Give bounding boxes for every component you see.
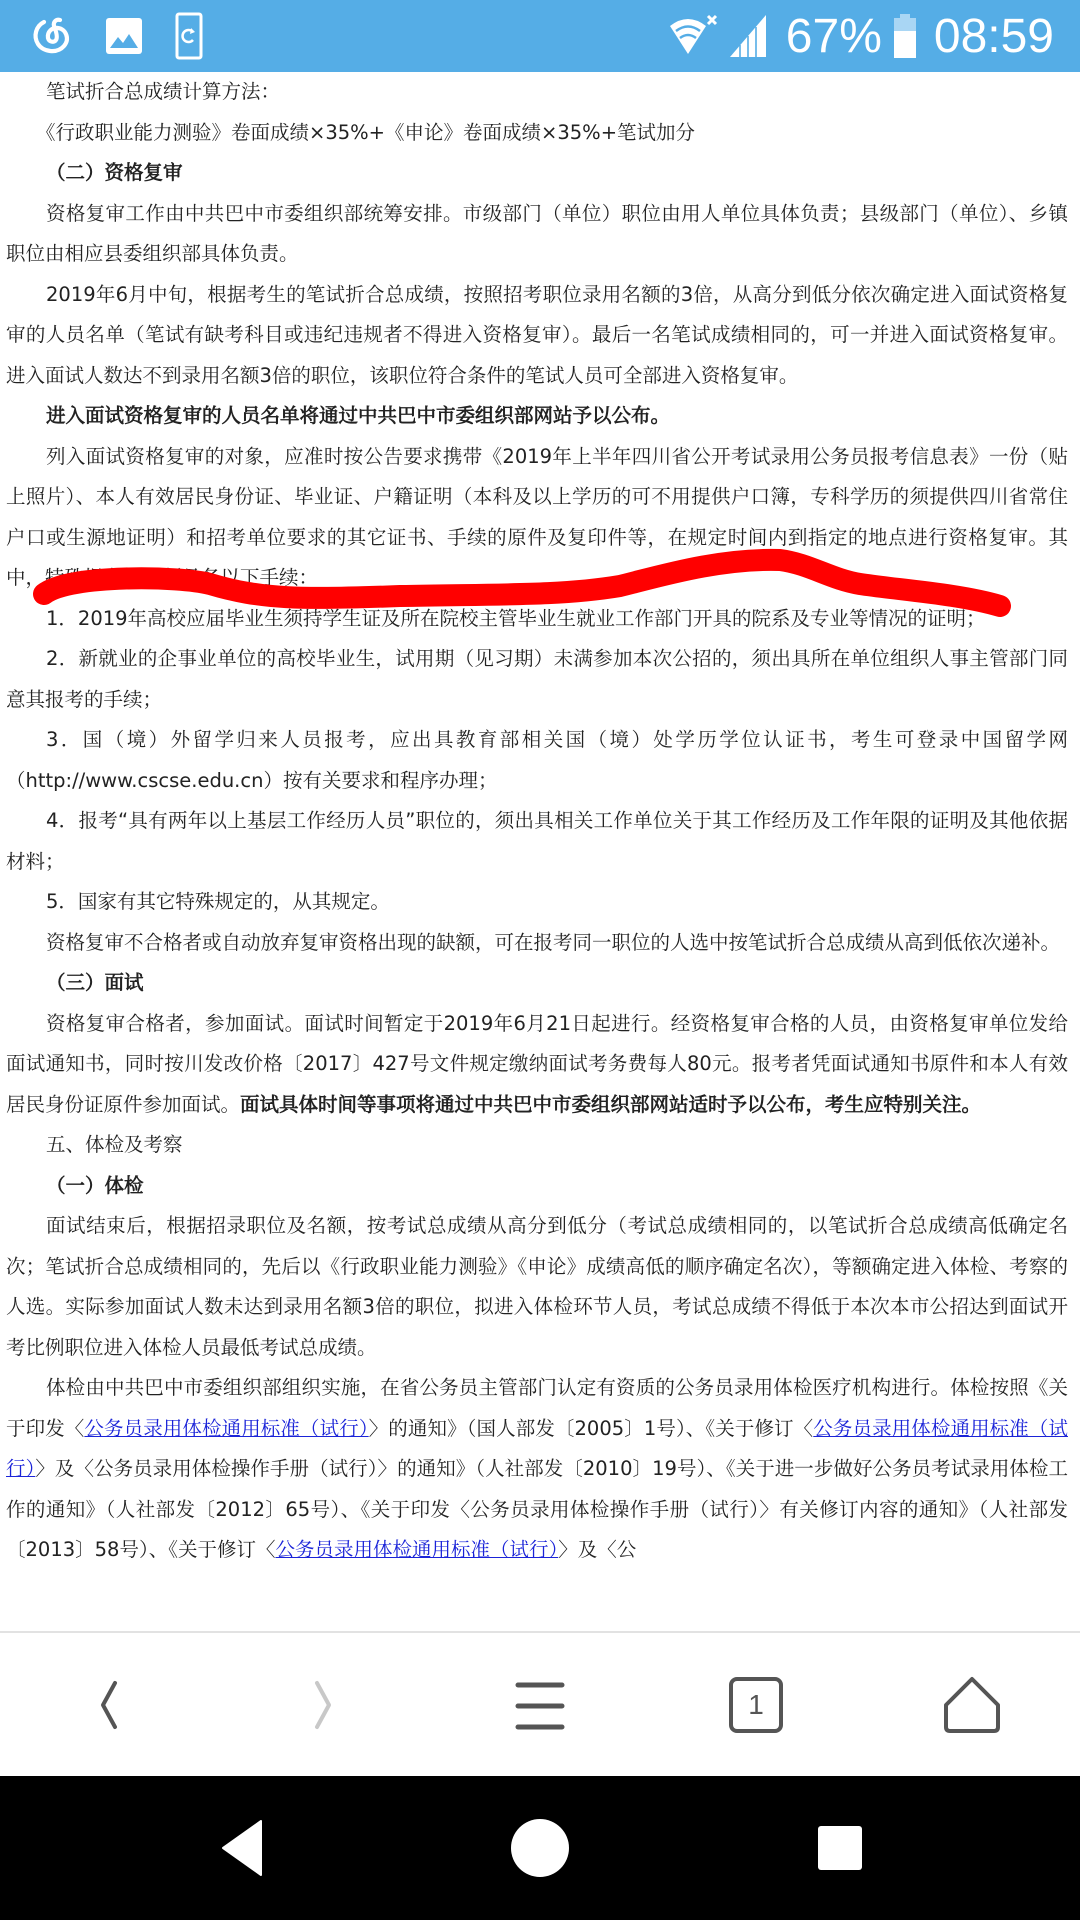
screen-rotate-icon — [174, 12, 204, 60]
paragraph: 2019年6月中旬，根据考生的笔试折合总成绩，按照招考职位录用名额的3倍，从高分… — [6, 275, 1068, 397]
forward-chevron-icon — [309, 1680, 339, 1730]
standard-link[interactable]: 公务员录用体检通用标准（试行） — [275, 1538, 558, 1561]
system-status: 67% 08:59 — [658, 9, 1054, 64]
paragraph-with-links: 体检由中共巴中市委组织部组织实施，在省公务员主管部门认定有资质的公务员录用体检医… — [6, 1368, 1068, 1571]
nav-home-icon — [508, 1816, 572, 1880]
wifi-disconnected-icon — [668, 12, 718, 60]
article-body: 笔试折合总成绩计算方法： 《行政职业能力测验》卷面成绩×35%+《申论》卷面成绩… — [0, 72, 1080, 1571]
battery-percent: 67% — [786, 9, 882, 64]
web-content[interactable]: 笔试折合总成绩计算方法： 《行政职业能力测验》卷面成绩×35%+《申论》卷面成绩… — [0, 72, 1080, 1632]
list-item: 5．国家有其它特殊规定的，从其规定。 — [6, 882, 1068, 923]
list-item: 4．报考“具有两年以上基层工作经历人员”职位的，须出具相关工作单位关于其工作经历… — [6, 801, 1068, 882]
gallery-icon — [104, 16, 144, 56]
back-button[interactable] — [48, 1633, 168, 1776]
system-back-button[interactable] — [172, 1776, 312, 1920]
system-navigation-bar — [0, 1776, 1080, 1920]
nav-recents-icon — [816, 1824, 864, 1872]
browser-toolbar: 1 — [0, 1633, 1080, 1776]
nav-back-icon — [217, 1818, 267, 1878]
system-home-button[interactable] — [470, 1776, 610, 1920]
list-item: 3．国（境）外留学归来人员报考，应出具教育部相关国（境）处学历学位认证书，考生可… — [6, 720, 1068, 801]
menu-button[interactable] — [480, 1633, 600, 1776]
home-button[interactable] — [912, 1633, 1032, 1776]
formula-paragraph: 《行政职业能力测验》卷面成绩×35%+《申论》卷面成绩×35%+笔试加分 — [6, 113, 1068, 154]
section-heading-interview: （三）面试 — [6, 963, 1068, 1004]
section-heading-physical: （一）体检 — [6, 1166, 1068, 1207]
list-item: 1．2019年高校应届毕业生须持学生证及所在院校主管毕业生就业工作部门开具的院系… — [6, 599, 1068, 640]
paragraph-required-documents: 列入面试资格复审的对象，应准时按公告要求携带《2019年上半年四川省公开考试录用… — [6, 437, 1068, 599]
section-heading-qualification-review: （二）资格复审 — [6, 153, 1068, 194]
paragraph-interview: 资格复审合格者，参加面试。面试时间暂定于2019年6月21日起进行。经资格复审合… — [6, 1004, 1068, 1126]
netease-music-icon — [30, 14, 74, 58]
back-chevron-icon — [93, 1680, 123, 1730]
clock: 08:59 — [934, 9, 1054, 64]
status-bar: 67% 08:59 — [0, 0, 1080, 72]
list-item: 2．新就业的企事业单位的高校毕业生，试用期（见习期）未满参加本次公招的，须出具所… — [6, 639, 1068, 720]
menu-icon — [515, 1680, 565, 1730]
bold-notice: 面试具体时间等事项将通过中共巴中市委组织部网站适时予以公布，考生应特别关注。 — [240, 1093, 981, 1116]
forward-button[interactable] — [264, 1633, 384, 1776]
battery-icon — [892, 13, 918, 59]
tabs-button[interactable]: 1 — [696, 1633, 816, 1776]
system-recents-button[interactable] — [770, 1776, 910, 1920]
section-title-physical-exam: 五、体检及考察 — [6, 1125, 1068, 1166]
tab-count: 1 — [748, 1689, 764, 1721]
paragraph: 资格复审工作由中共巴中市委组织部统筹安排。市级部门（单位）职位由用人单位具体负责… — [6, 194, 1068, 275]
bold-notice: 进入面试资格复审的人员名单将通过中共巴中市委组织部网站予以公布。 — [6, 396, 1068, 437]
paragraph: 资格复审不合格者或自动放弃复审资格出现的缺额，可在报考同一职位的人选中按笔试折合… — [6, 923, 1068, 964]
home-icon — [942, 1675, 1002, 1735]
paragraph: 面试结束后，根据招录职位及名额，按考试总成绩从高分到低分（考试总成绩相同的，以笔… — [6, 1206, 1068, 1368]
paragraph-text: 〉及〈公 — [558, 1538, 636, 1561]
cellular-signal-icon — [728, 13, 768, 59]
paragraph-text: 〉的通知》（国人部发〔2005〕1号）、《关于修订〈 — [369, 1417, 814, 1440]
standard-link[interactable]: 公务员录用体检通用标准（试行） — [84, 1417, 368, 1440]
paragraph: 笔试折合总成绩计算方法： — [6, 72, 1068, 113]
notification-icons — [30, 12, 234, 60]
